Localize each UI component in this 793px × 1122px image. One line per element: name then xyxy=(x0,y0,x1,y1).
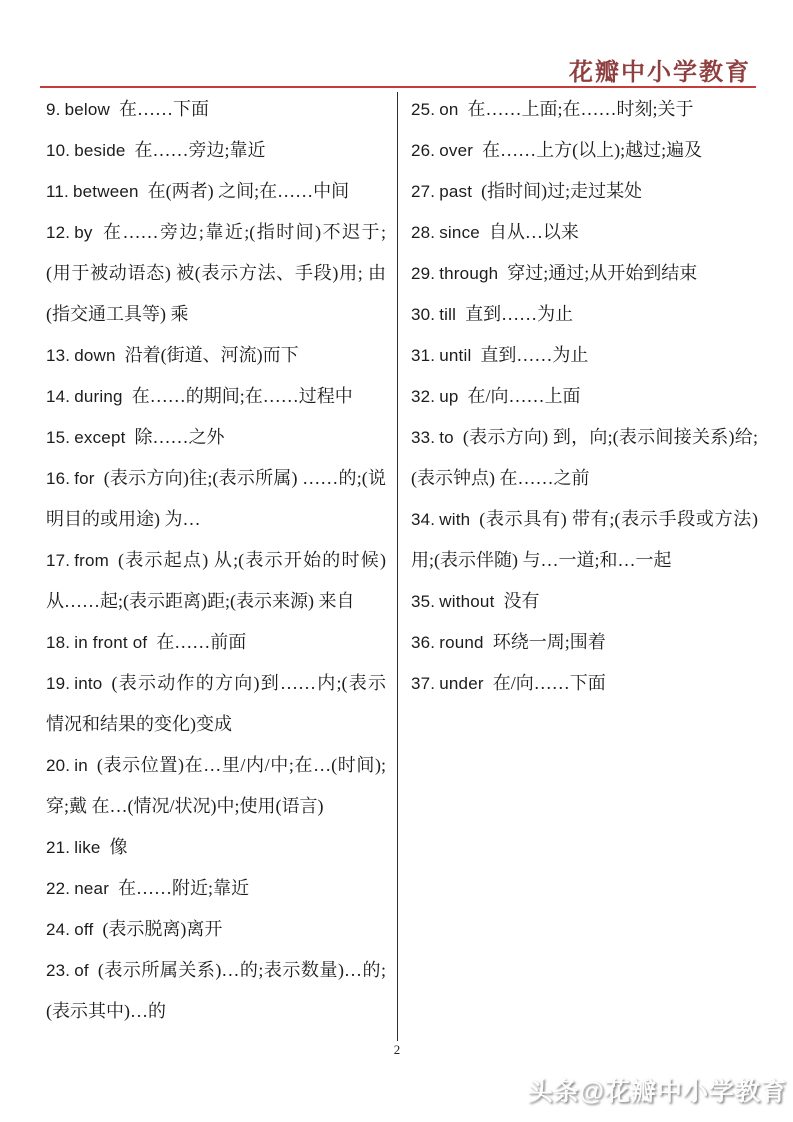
watermark: 头条@花瓣中小学教育 xyxy=(528,1072,787,1108)
entry-definition: 在/向……上面 xyxy=(468,386,581,406)
entry-term: in xyxy=(74,756,88,775)
word-entry: 35.without没有 xyxy=(411,581,758,622)
word-entry: 37.under在/向……下面 xyxy=(411,663,758,704)
entry-number: 33. xyxy=(411,428,435,447)
entry-term: through xyxy=(439,264,498,283)
entry-definition: 在/向……下面 xyxy=(493,673,606,693)
entry-definition: 在……下面 xyxy=(119,99,209,119)
entry-term: in front of xyxy=(74,633,147,652)
entry-term: below xyxy=(65,100,110,119)
entry-term: into xyxy=(74,674,102,693)
entry-number: 9. xyxy=(46,100,61,119)
word-entry: 15.except除……之外 xyxy=(46,417,386,458)
entry-term: except xyxy=(74,428,125,447)
entry-term: for xyxy=(74,469,94,488)
entry-number: 17. xyxy=(46,551,70,570)
entry-definition: (表示位置)在…里/内/中;在…(时间);穿;戴 在…(情况/状况)中;使用(语… xyxy=(46,755,386,816)
entry-number: 22. xyxy=(46,879,70,898)
word-entry: 13.down沿着(街道、河流)而下 xyxy=(46,335,386,376)
word-entry: 25.on在……上面;在……时刻;关于 xyxy=(411,89,758,130)
entry-term: of xyxy=(74,961,89,980)
entry-number: 27. xyxy=(411,182,435,201)
entry-number: 14. xyxy=(46,387,70,406)
entry-number: 18. xyxy=(46,633,70,652)
word-entry: 33.to(表示方向) 到，向;(表示间接关系)给; (表示钟点) 在……之前 xyxy=(411,417,758,499)
word-entry: 20.in(表示位置)在…里/内/中;在…(时间);穿;戴 在…(情况/状况)中… xyxy=(46,745,386,827)
entry-definition: 环绕一周;围着 xyxy=(493,632,606,652)
entry-term: without xyxy=(439,592,494,611)
entry-number: 19. xyxy=(46,674,70,693)
word-entry: 36.round环绕一周;围着 xyxy=(411,622,758,663)
word-entry: 34.with(表示具有) 带有;(表示手段或方法)用;(表示伴随) 与…一道;… xyxy=(411,499,758,581)
entry-number: 36. xyxy=(411,633,435,652)
left-column: 9.below在……下面 10.beside在……旁边;靠近 11.betwee… xyxy=(46,89,386,1032)
entry-number: 23. xyxy=(46,961,70,980)
entry-term: to xyxy=(439,428,454,447)
entry-number: 21. xyxy=(46,838,70,857)
word-entry: 31.until直到……为止 xyxy=(411,335,758,376)
word-entry: 18.in front of在……前面 xyxy=(46,622,386,663)
entry-term: down xyxy=(74,346,115,365)
entry-term: round xyxy=(439,633,483,652)
entry-term: between xyxy=(73,182,139,201)
word-entry: 22.near在……附近;靠近 xyxy=(46,868,386,909)
entry-number: 31. xyxy=(411,346,435,365)
entry-definition: 沿着(街道、河流)而下 xyxy=(125,345,299,365)
entry-number: 12. xyxy=(46,223,70,242)
word-entry: 11.between在(两者) 之间;在……中间 xyxy=(46,171,386,212)
entry-definition: (表示方向) 到，向;(表示间接关系)给; (表示钟点) 在……之前 xyxy=(411,427,758,488)
entry-number: 28. xyxy=(411,223,435,242)
word-entry: 17.from(表示起点) 从;(表示开始的时候)从……起;(表示距离)距;(表… xyxy=(46,540,386,622)
entry-term: like xyxy=(74,838,100,857)
entry-definition: 在……上方(以上);越过;遍及 xyxy=(482,140,702,160)
entry-number: 10. xyxy=(46,141,70,160)
word-entry: 24.off(表示脱离)离开 xyxy=(46,909,386,950)
entry-term: beside xyxy=(74,141,125,160)
entry-definition: 像 xyxy=(110,837,128,857)
entry-definition: 在……旁边;靠近;(指时间)不迟于;(用于被动语态) 被(表示方法、手段)用; … xyxy=(46,222,386,324)
entry-definition: (表示所属关系)…的;表示数量)…的;(表示其中)…的 xyxy=(46,960,386,1021)
entry-term: under xyxy=(439,674,483,693)
brand-title: 花瓣中小学教育 xyxy=(569,52,751,87)
right-column: 25.on在……上面;在……时刻;关于 26.over在……上方(以上);越过;… xyxy=(411,89,758,704)
entry-number: 13. xyxy=(46,346,70,365)
entry-number: 35. xyxy=(411,592,435,611)
entry-term: during xyxy=(74,387,122,406)
word-entry: 28.since自从…以来 xyxy=(411,212,758,253)
word-entry: 16.for(表示方向)往;(表示所属) ……的;(说明目的或用途) 为… xyxy=(46,458,386,540)
word-entry: 19.into(表示动作的方向)到……内;(表示情况和结果的变化)变成 xyxy=(46,663,386,745)
column-divider xyxy=(397,92,398,1041)
entry-term: till xyxy=(439,305,456,324)
entry-definition: 穿过;通过;从开始到结束 xyxy=(507,263,697,283)
entry-term: near xyxy=(74,879,109,898)
word-entry: 26.over在……上方(以上);越过;遍及 xyxy=(411,130,758,171)
word-entry: 29.through穿过;通过;从开始到结束 xyxy=(411,253,758,294)
page-number: 2 xyxy=(389,1042,405,1058)
entry-definition: 自从…以来 xyxy=(489,222,579,242)
entry-definition: 除……之外 xyxy=(135,427,225,447)
entry-number: 37. xyxy=(411,674,435,693)
entry-definition: 没有 xyxy=(504,591,540,611)
entry-definition: 在……的期间;在……过程中 xyxy=(132,386,353,406)
entry-number: 11. xyxy=(46,182,69,201)
entry-term: off xyxy=(74,920,93,939)
entry-number: 32. xyxy=(411,387,435,406)
entry-term: since xyxy=(439,223,480,242)
word-entry: 32.up在/向……上面 xyxy=(411,376,758,417)
word-entry: 10.beside在……旁边;靠近 xyxy=(46,130,386,171)
entry-number: 34. xyxy=(411,510,435,529)
entry-term: by xyxy=(74,223,92,242)
entry-term: up xyxy=(439,387,458,406)
word-entry: 14.during在……的期间;在……过程中 xyxy=(46,376,386,417)
entry-definition: (表示方向)往;(表示所属) ……的;(说明目的或用途) 为… xyxy=(46,468,386,529)
entry-term: past xyxy=(439,182,472,201)
entry-number: 29. xyxy=(411,264,435,283)
entry-definition: 在……前面 xyxy=(156,632,246,652)
word-entry: 9.below在……下面 xyxy=(46,89,386,130)
word-entry: 23.of(表示所属关系)…的;表示数量)…的;(表示其中)…的 xyxy=(46,950,386,1032)
word-entry: 30.till直到……为止 xyxy=(411,294,758,335)
word-entry: 12.by在……旁边;靠近;(指时间)不迟于;(用于被动语态) 被(表示方法、手… xyxy=(46,212,386,335)
word-entry: 27.past(指时间)过;走过某处 xyxy=(411,171,758,212)
entry-term: until xyxy=(439,346,471,365)
entry-number: 25. xyxy=(411,100,435,119)
entry-definition: 直到……为止 xyxy=(465,304,573,324)
entry-number: 15. xyxy=(46,428,70,447)
entry-number: 26. xyxy=(411,141,435,160)
entry-term: over xyxy=(439,141,473,160)
entry-term: with xyxy=(439,510,470,529)
document-page: 花瓣中小学教育 9.below在……下面 10.beside在……旁边;靠近 1… xyxy=(0,0,793,1122)
entry-term: on xyxy=(439,100,458,119)
header-rule xyxy=(40,86,756,88)
entry-definition: 在……上面;在……时刻;关于 xyxy=(468,99,694,119)
entry-number: 30. xyxy=(411,305,435,324)
entry-definition: (指时间)过;走过某处 xyxy=(481,181,642,201)
entry-definition: (表示脱离)离开 xyxy=(102,919,222,939)
entry-definition: 在……附近;靠近 xyxy=(118,878,249,898)
entry-number: 24. xyxy=(46,920,70,939)
entry-number: 20. xyxy=(46,756,70,775)
entry-definition: 在(两者) 之间;在……中间 xyxy=(148,181,350,201)
word-entry: 21.like像 xyxy=(46,827,386,868)
entry-number: 16. xyxy=(46,469,70,488)
entry-definition: 在……旁边;靠近 xyxy=(135,140,266,160)
entry-term: from xyxy=(74,551,109,570)
entry-definition: 直到……为止 xyxy=(480,345,588,365)
